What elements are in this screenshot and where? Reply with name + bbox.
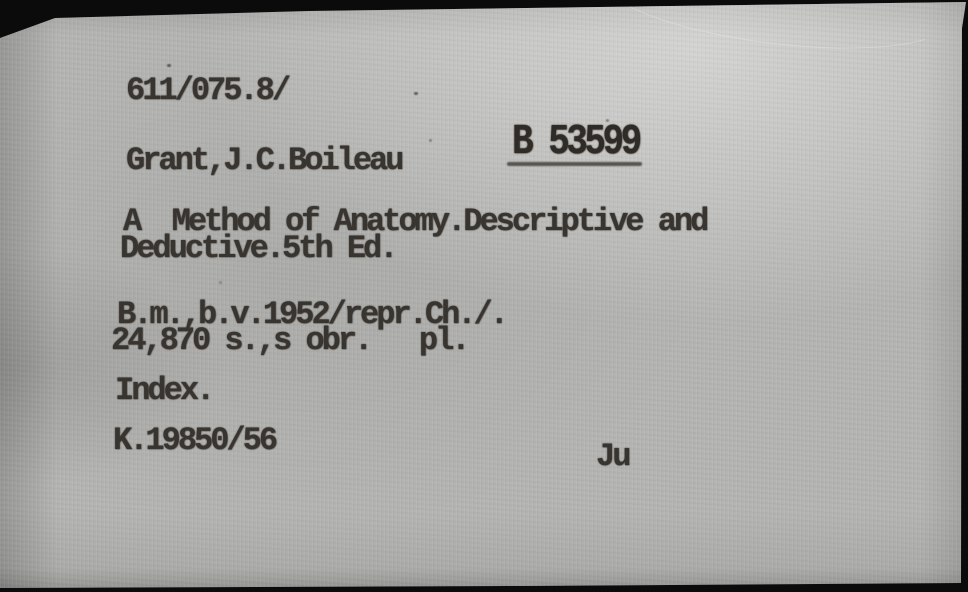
paper-crease [596, 0, 956, 65]
ink-speck [167, 64, 171, 67]
cataloger-mark: Ju [596, 441, 628, 473]
library-catalog-card: 611/075.8/ B 53599 Grant,J.C.Boileau A M… [0, 0, 968, 592]
accession-number: B 53599 [512, 121, 639, 163]
ink-speck [219, 281, 222, 284]
accession-underline [507, 162, 642, 166]
call-number: 611/075.8/ [126, 75, 288, 107]
inventory-number: K.19850/56 [113, 425, 275, 457]
scanned-photo-backdrop: 611/075.8/ B 53599 Grant,J.C.Boileau A M… [0, 0, 968, 592]
title-line-2: Deductive.5th Ed. [120, 233, 395, 265]
author-line: Grant,J.C.Boileau [126, 145, 401, 177]
ink-speck [429, 139, 432, 142]
collation-line: 24,870 s.,s obr. pl. [111, 325, 467, 357]
ink-speck [414, 92, 418, 95]
note-line: Index. [115, 375, 212, 407]
ink-speck [606, 119, 609, 122]
